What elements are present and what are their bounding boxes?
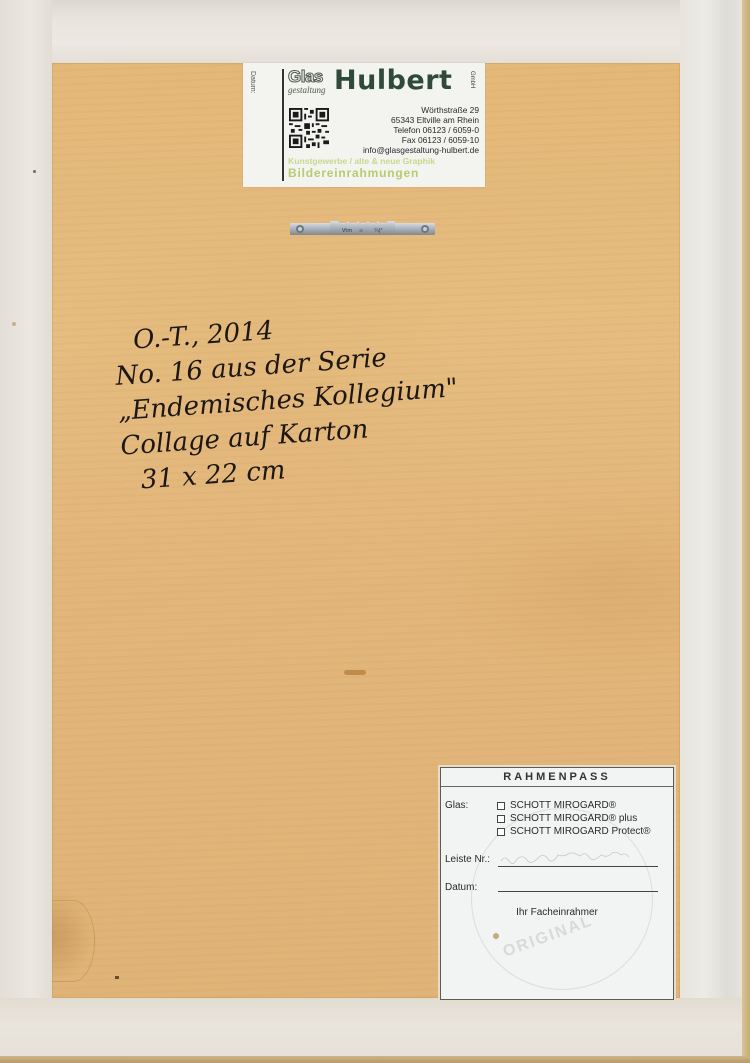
qr-code-icon [289, 108, 329, 148]
checkbox-mirogard [497, 802, 505, 810]
stain [493, 933, 499, 939]
pencil-scribble [499, 852, 654, 864]
svg-text:∞: ∞ [359, 228, 363, 234]
tape-right [680, 0, 742, 1063]
rahmenpass-title: RAHMENPASS [441, 768, 673, 787]
framer-label: Datum: Glas gestaltung Hulbert GmbH Wört… [243, 63, 485, 187]
frame-edge-right [742, 0, 750, 1063]
glas-option: SCHOTT MIROGARD Protect® [497, 825, 651, 838]
wood-speck [115, 976, 119, 979]
glas-label: Glas: [445, 800, 468, 811]
tape-speck [12, 322, 16, 326]
glas-option: SCHOTT MIROGARD® [497, 799, 651, 812]
datum-line [498, 891, 658, 892]
glas-option-label: SCHOTT MIROGARD Protect® [510, 825, 651, 838]
framer-slogan: Kunstgewerbe / alte & neue Graphik [288, 156, 435, 166]
handwritten-inscription: O.-T., 2014 No. 16 aus der Serie „Endemi… [112, 289, 643, 500]
tape-left [0, 0, 52, 1063]
framer-address: Wörthstraße 29 65343 Eltville am Rhein T… [363, 105, 479, 155]
address-street: Wörthstraße 29 [363, 105, 479, 115]
address-phone: Telefon 06123 / 6059-0 [363, 125, 479, 135]
tape-top [0, 0, 750, 63]
legal-form: GmbH [469, 71, 475, 88]
address-city: 65343 Eltville am Rhein [363, 115, 479, 125]
hanger-stamp: Vtm [342, 228, 352, 234]
tape-speck [33, 170, 36, 173]
frame-edge-bottom [0, 1056, 750, 1063]
checkbox-mirogard-protect [497, 828, 505, 836]
brand-prefix-sub: gestaltung [288, 85, 326, 95]
wood-mark [344, 670, 366, 675]
brand-name: Hulbert [334, 65, 452, 96]
brand-prefix: Glas [288, 67, 323, 87]
rahmenpass-card: ORIGINAL RAHMENPASS Glas: SCHOTT MIROGAR… [440, 767, 674, 1000]
label-datum-text: Datum: [249, 71, 256, 94]
glas-option: SCHOTT MIROGARD® plus [497, 812, 651, 825]
rahmenpass-footer: Ihr Facheinrahmer [441, 907, 673, 918]
datum-label: Datum: [445, 882, 477, 893]
glas-options: SCHOTT MIROGARD® SCHOTT MIROGARD® plus S… [497, 799, 651, 838]
framer-service: Bildereinrahmungen [288, 166, 419, 180]
checkbox-mirogard-plus [497, 815, 505, 823]
svg-text:¼|²: ¼|² [374, 228, 383, 234]
wood-knot [52, 900, 95, 982]
leiste-line [498, 866, 658, 867]
address-fax: Fax 06123 / 6059-10 [363, 135, 479, 145]
label-divider [282, 69, 284, 181]
leiste-label: Leiste Nr.: [445, 854, 490, 865]
glas-option-label: SCHOTT MIROGARD® [510, 799, 616, 812]
sawtooth-hanger-icon: Vtm ∞ ¼|² [290, 217, 435, 239]
glas-option-label: SCHOTT MIROGARD® plus [510, 812, 637, 825]
address-email: info@glasgestaltung-hulbert.de [363, 145, 479, 155]
tape-bottom [0, 998, 750, 1063]
